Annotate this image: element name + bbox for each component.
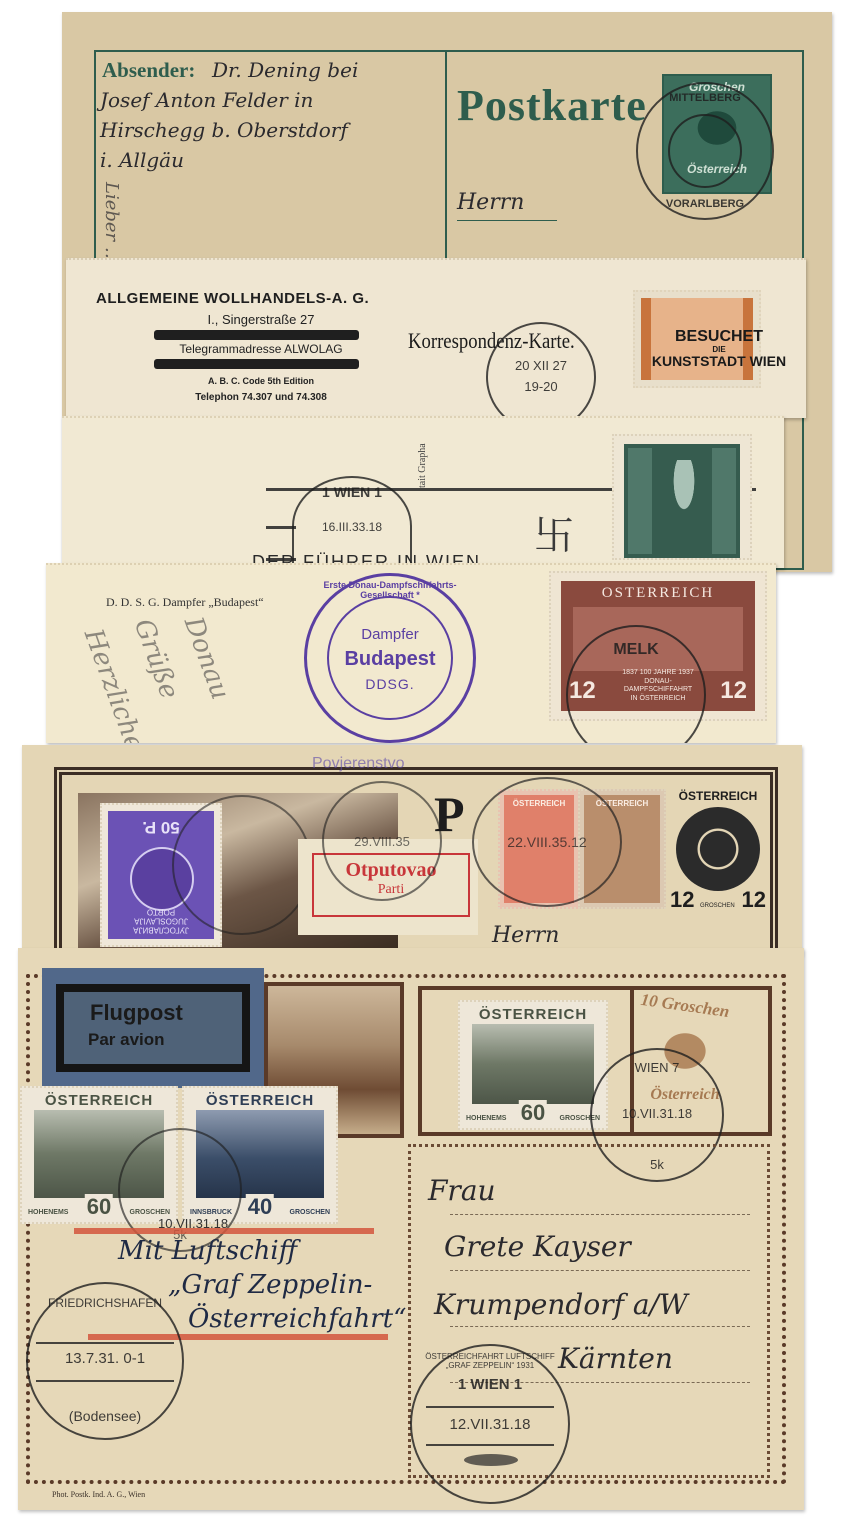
airmail-label: Flugpost Par avion: [42, 968, 264, 1088]
stamp-unit: GROSCHEN: [290, 1209, 330, 1216]
printed-ship-line: D. D. S. G. Dampfer „Budapest“: [106, 595, 264, 610]
publisher-imprint: tait Grapha: [417, 443, 428, 488]
cachet-line-1: Dampfer: [307, 626, 473, 643]
absender-handwriting-2: Josef Anton Felder in: [100, 88, 313, 112]
address-town: Krumpendorf a/W: [434, 1288, 688, 1321]
postmark-bad-aussee: 22.VIII.35.12: [472, 777, 622, 907]
big-letter-p: P: [434, 785, 465, 843]
postcard-korrespondenz-karte: ALLGEMEINE WOLLHANDELS-A. G. I., Singers…: [66, 258, 806, 418]
postmark-top-text: MITTELBERG: [638, 92, 772, 104]
postcard-wien-1933: 1 WIEN 1 16.III.33.18 tait Grapha 卐 DER …: [62, 416, 784, 568]
postmark-mittelberg: MITTELBERG VORARLBERG: [636, 82, 774, 220]
postmark-bar: [426, 1444, 554, 1446]
ddsg-cachet: Erste Donau-Dampfschiffahrts-Gesellschaf…: [304, 573, 476, 743]
postmark-ring-text: ÖSTERREICHFAHRT LUFTSCHIFF „GRAF ZEPPELI…: [412, 1352, 568, 1370]
postmark-date: 12.VII.31.18: [412, 1416, 568, 1433]
indicium-unit: GROSCHEN: [700, 903, 735, 909]
cachet-line-3: DDSG.: [307, 676, 473, 692]
telephone: Telephon 74.307 und 74.308: [126, 392, 396, 403]
postmark-bar: [426, 1406, 554, 1408]
indicium-country: ÖSTERREICH: [670, 789, 766, 803]
address-name: Grete Kayser: [444, 1230, 631, 1263]
slogan-line-3: KUNSTSTADT WIEN: [644, 354, 794, 369]
violet-handstamp: Povjerenstvo: [312, 755, 405, 773]
redaction-bar: [154, 330, 359, 340]
company-address: I., Singerstraße 27: [126, 312, 396, 327]
company-name: ALLGEMEINE WOLLHANDELS-A. G.: [96, 290, 369, 307]
postmark-bottom: (Bodensee): [28, 1408, 182, 1424]
postmark-friedrichshafen: FRIEDRICHSHAFEN 13.7.31. 0-1 (Bodensee): [26, 1282, 184, 1440]
postcard-bad-aussee-1935: Povjerenstvo 50 P. ЈУГОСЛАВИЈА JUGOSLAVI…: [22, 745, 802, 955]
double-eagle-icon: [676, 807, 760, 891]
zodiac-column: [712, 448, 736, 554]
postmark-date: 16.III.33.18: [294, 520, 410, 534]
swastika-icon: 卐: [534, 504, 574, 561]
absender-handwriting-4: i. Allgäu: [100, 148, 184, 172]
abc-code: A. B. C. Code 5th Edition: [126, 376, 396, 386]
card-title: Postkarte: [457, 80, 647, 131]
postmark-inner-ring: [668, 114, 742, 188]
airmail-line-2: Par avion: [88, 1030, 165, 1050]
postmark-date: 22.VIII.35.12: [507, 834, 586, 850]
address-line: [450, 1270, 750, 1271]
stamp-place: HOHENEMS: [28, 1209, 68, 1216]
stamp-value: 40: [246, 1194, 274, 1220]
stamp-green-flowers: [612, 434, 752, 560]
postmark-city: WIEN 7: [592, 1060, 722, 1075]
address-region: Kärnten: [558, 1342, 673, 1375]
postmark-city: MELK: [568, 641, 704, 659]
redaction-bar: [154, 359, 359, 369]
postcard-zeppelin-1931: Flugpost Par avion ÖSTERREICH HOHENEMS 6…: [18, 948, 804, 1510]
red-crayon-line: [74, 1228, 374, 1234]
indicium-double-eagle: ÖSTERREICH 12 12 GROSCHEN: [670, 789, 766, 913]
postmark-top: FRIEDRICHSHAFEN: [28, 1296, 182, 1310]
address-line: [457, 220, 557, 221]
postmark-jugoslavia: [172, 795, 312, 935]
address-line: [450, 1326, 750, 1327]
flower-vase-icon: [666, 460, 702, 530]
absender-handwriting-3: Hirschegg b. Oberstdorf: [100, 118, 348, 142]
postmark-wien-1927: 20 XII 27 19-20: [486, 322, 596, 418]
indicium-value: 12 12: [670, 887, 766, 913]
postmark-city: 1 WIEN 1: [294, 484, 410, 500]
postmark-date: 29.VIII.35: [354, 834, 410, 849]
value-left: 12: [670, 887, 694, 913]
mountain-scene: [472, 1024, 594, 1104]
cachet-line-2: Budapest: [307, 648, 473, 671]
zodiac-column: [628, 448, 652, 554]
message-handwriting: Grüße: [128, 615, 184, 703]
postmark-bar: [36, 1380, 174, 1382]
message-handwriting: Donau: [178, 613, 235, 704]
stamp-place: HOHENEMS: [466, 1115, 506, 1122]
postmark-bottom-text: VORARLBERG: [638, 198, 772, 210]
postmark-bar: [36, 1342, 174, 1344]
postmark-city: 1 WIEN 1: [412, 1376, 568, 1393]
telegram-address: Telegrammadresse ALWOLAG: [126, 342, 396, 356]
address-salutation: Frau: [428, 1174, 496, 1207]
addressee-salutation: Herrn: [457, 190, 524, 215]
postmark-date: 10.VII.31.18: [592, 1106, 722, 1121]
stamp-country: ÖSTERREICH: [460, 1006, 606, 1023]
machine-cancel-slogan: BESUCHET DIE KUNSTSTADT WIEN: [644, 328, 794, 370]
postmark-melk: MELK: [566, 625, 706, 743]
legend-line-1: ЈУГОСЛАВИЈА: [108, 924, 214, 933]
stamp-value: 60: [85, 1194, 113, 1220]
cachet-ring-text: Erste Donau-Dampfschiffahrts-Gesellschaf…: [307, 580, 473, 600]
stamp-country: ÖSTERREICH: [184, 1092, 336, 1109]
address-line: [450, 1214, 750, 1215]
airmail-line-1: Flugpost: [90, 1000, 183, 1026]
addressee-salutation: Herrn: [492, 923, 559, 948]
handwriting-line-2: „Graf Zeppelin-: [168, 1270, 372, 1300]
printer-imprint: Phot. Postk. Ind. A. G., Wien: [52, 1490, 145, 1499]
postmark-1935-left: 29.VIII.35: [322, 781, 442, 901]
slogan-line-1: BESUCHET: [644, 328, 794, 346]
stamp-value-right: 12: [720, 677, 747, 705]
stamp-value: 60: [519, 1100, 547, 1126]
stamp-hohenems-60-right: ÖSTERREICH HOHENEMS 60 GROSCHEN: [458, 1000, 608, 1130]
stamp-country: ÖSTERREICH: [22, 1092, 176, 1109]
postmark-zeppelin-wien: ÖSTERREICHFAHRT LUFTSCHIFF „GRAF ZEPPELI…: [410, 1344, 570, 1504]
stamp-country: OSTERREICH: [561, 585, 755, 602]
handwriting-line-1: Mit Luftschiff: [118, 1236, 297, 1266]
value-right: 12: [742, 887, 766, 913]
absender-label: Absender:: [102, 58, 195, 83]
zeppelin-airship-icon: [464, 1454, 518, 1466]
absender-handwriting-1: Dr. Dening bei: [212, 58, 358, 82]
postcard-ddsg-budapest: D. D. S. G. Dampfer „Budapest“ Herzliche…: [46, 563, 776, 743]
postmark-date: 20 XII 27: [515, 356, 567, 377]
postmark-date: 13.7.31. 0-1: [28, 1350, 182, 1367]
postmark-time: 19-20: [515, 377, 567, 398]
handwriting-line-3: Österreichfahrt“: [188, 1304, 406, 1334]
